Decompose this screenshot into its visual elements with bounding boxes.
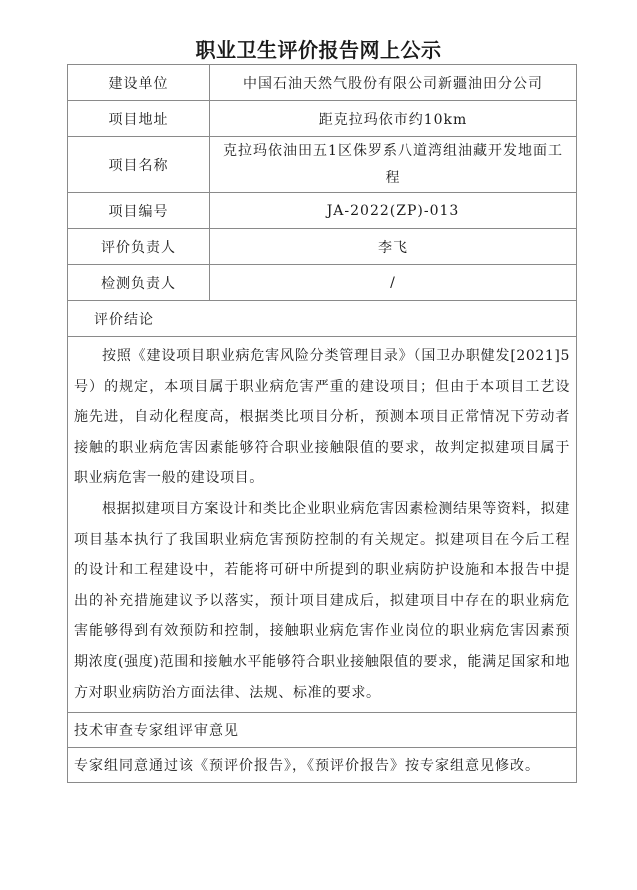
table-row-review-heading: 技术审查专家组评审意见 [68, 713, 577, 748]
row-value: / [210, 265, 577, 301]
table-row-review-body: 专家组同意通过该《预评价报告》，《预评价报告》按专家组意见修改。 [68, 748, 577, 783]
review-text: 专家组同意通过该《预评价报告》，《预评价报告》按专家组意见修改。 [68, 748, 577, 783]
table-row-conclusion-body: 按照《建设项目职业病危害风险分类管理目录》（国卫办职健发[2021]5号）的规定… [68, 337, 577, 713]
row-label: 项目名称 [68, 137, 210, 193]
conclusion-paragraph: 按照《建设项目职业病危害风险分类管理目录》（国卫办职健发[2021]5号）的规定… [74, 341, 570, 494]
row-label: 检测负责人 [68, 265, 210, 301]
table-row-project-number: 项目编号 JA-2022(ZP)-013 [68, 193, 577, 229]
conclusion-heading: 评价结论 [68, 301, 577, 337]
disclosure-table: 建设单位 中国石油天然气股份有限公司新疆油田分公司 项目地址 距克拉玛依市约10… [67, 64, 577, 783]
row-value: JA-2022(ZP)-013 [210, 193, 577, 229]
conclusion-body: 按照《建设项目职业病危害风险分类管理目录》（国卫办职健发[2021]5号）的规定… [68, 337, 577, 713]
row-label: 评价负责人 [68, 229, 210, 265]
row-value: 克拉玛依油田五1区侏罗系八道湾组油藏开发地面工程 [210, 137, 577, 193]
conclusion-paragraph: 根据拟建项目方案设计和类比企业职业病危害因素检测结果等资料，拟建项目基本执行了我… [74, 494, 570, 708]
row-value: 中国石油天然气股份有限公司新疆油田分公司 [210, 65, 577, 101]
table-row-testing-lead: 检测负责人 / [68, 265, 577, 301]
review-heading: 技术审查专家组评审意见 [68, 713, 577, 748]
page-title: 职业卫生评价报告网上公示 [0, 36, 637, 64]
row-value: 李飞 [210, 229, 577, 265]
row-label: 项目地址 [68, 101, 210, 137]
table-row-address: 项目地址 距克拉玛依市约10km [68, 101, 577, 137]
row-value: 距克拉玛依市约10km [210, 101, 577, 137]
row-label: 建设单位 [68, 65, 210, 101]
table-row-conclusion-heading: 评价结论 [68, 301, 577, 337]
table-row-evaluation-lead: 评价负责人 李飞 [68, 229, 577, 265]
row-label: 项目编号 [68, 193, 210, 229]
table-row-project-name: 项目名称 克拉玛依油田五1区侏罗系八道湾组油藏开发地面工程 [68, 137, 577, 193]
table-row-builder: 建设单位 中国石油天然气股份有限公司新疆油田分公司 [68, 65, 577, 101]
